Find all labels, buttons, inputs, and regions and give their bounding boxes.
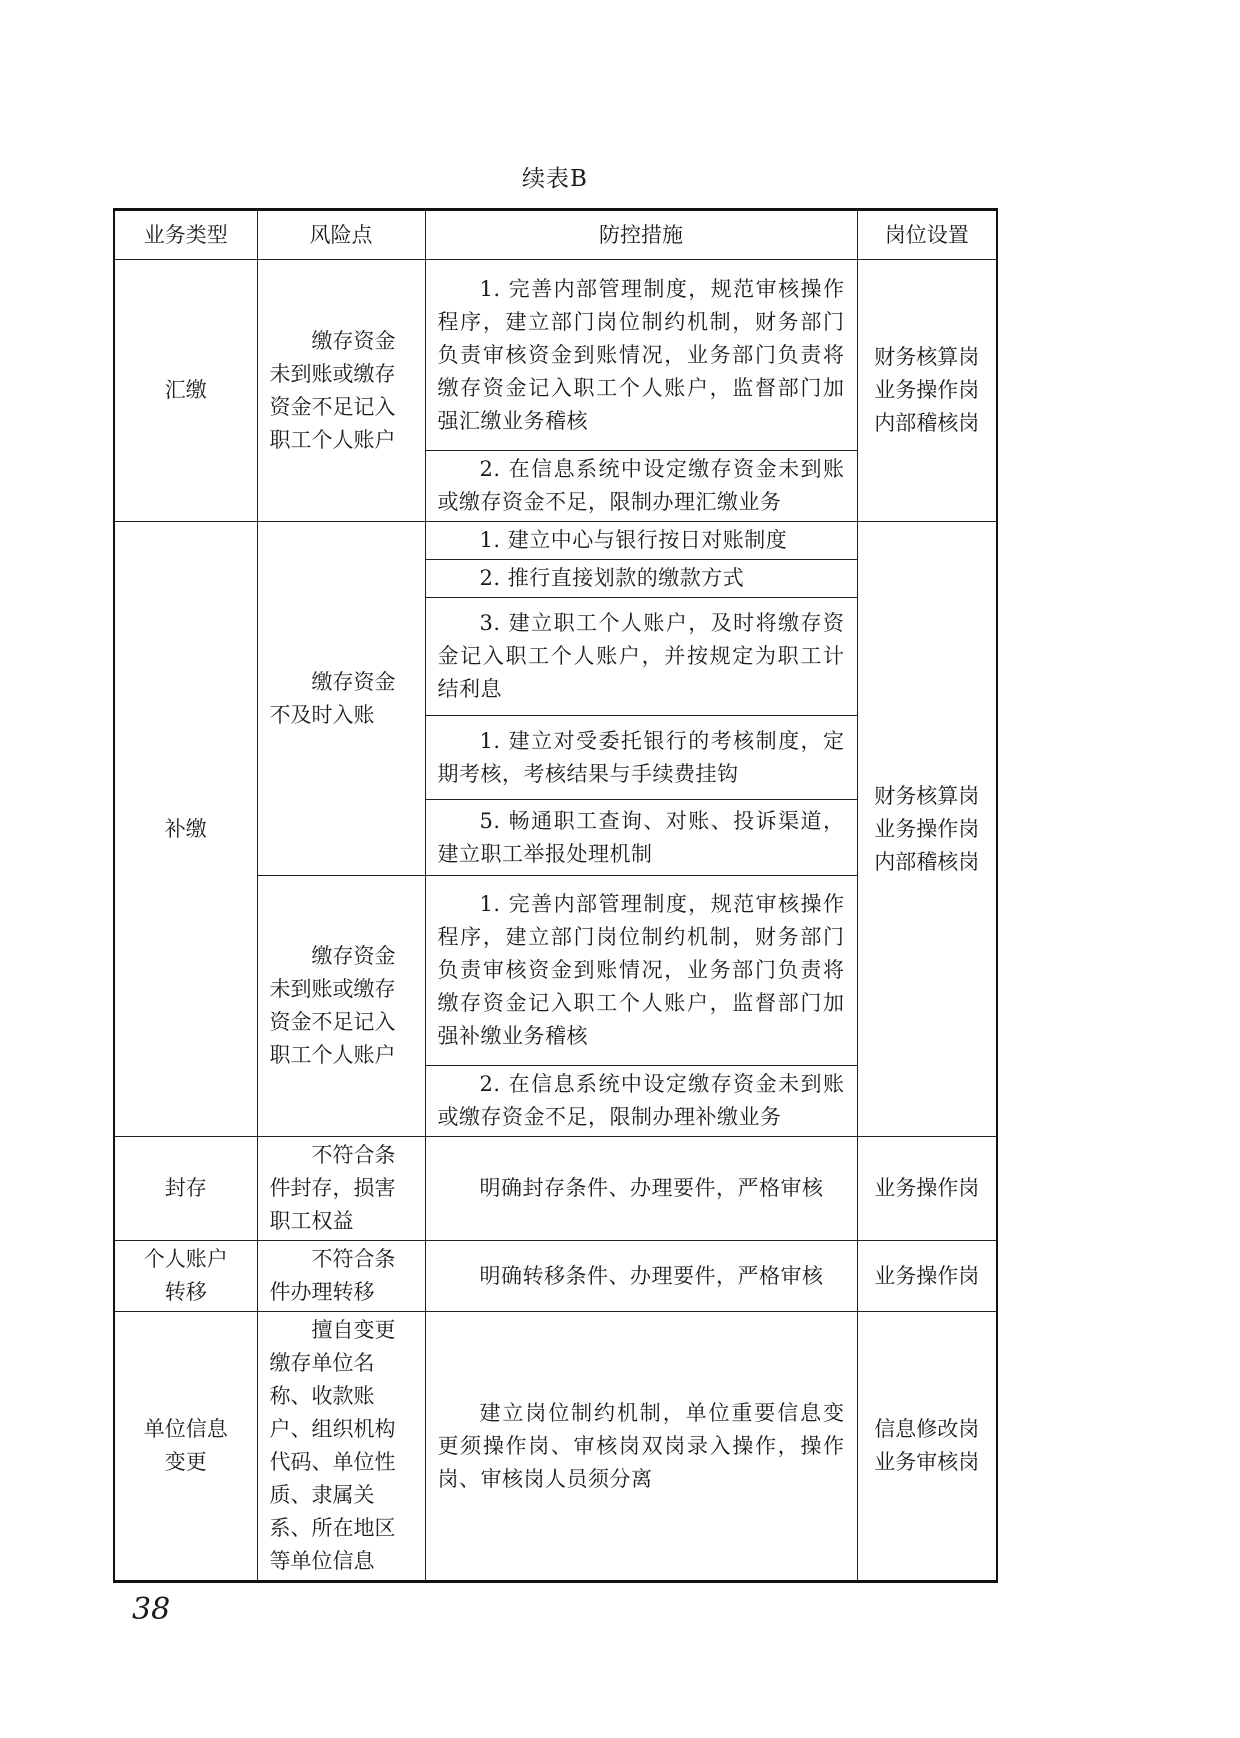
business-type-cell: 单位信息变更 [114, 1312, 257, 1582]
risk-text: 不符合条件封存，损害职工权益 [270, 1139, 413, 1238]
post-item: 财务核算岗 [870, 780, 985, 813]
risk-point-cell: 不符合条件封存，损害职工权益 [257, 1137, 425, 1241]
header-post-setting: 岗位设置 [857, 210, 997, 260]
post-cell: 业务操作岗 [857, 1137, 997, 1241]
measure-cell: 1. 完善内部管理制度，规范审核操作程序，建立部门岗位制约机制，财务部门负责审核… [425, 260, 857, 451]
measure-cell: 1. 建立对受委托银行的考核制度，定期考核，考核结果与手续费挂钩 [425, 716, 857, 800]
risk-point-cell: 擅自变更缴存单位名称、收款账户、组织机构代码、单位性质、隶属关系、所在地区等单位… [257, 1312, 425, 1582]
table-row: 补缴 缴存资金不及时入账 1. 建立中心与银行按日对账制度 财务核算岗 业务操作… [114, 522, 997, 560]
table-title: 续表B [0, 160, 1110, 193]
risk-point-cell: 缴存资金未到账或缴存资金不足记入职工个人账户 [257, 876, 425, 1137]
measure-cell: 5. 畅通职工查询、对账、投诉渠道，建立职工举报处理机制 [425, 800, 857, 876]
post-item: 内部稽核岗 [870, 407, 985, 440]
post-cell: 业务操作岗 [857, 1241, 997, 1312]
measure-cell: 1. 完善内部管理制度，规范审核操作程序，建立部门岗位制约机制，财务部门负责审核… [425, 876, 857, 1066]
header-control-measures: 防控措施 [425, 210, 857, 260]
post-cell: 财务核算岗 业务操作岗 内部稽核岗 [857, 260, 997, 522]
header-business-type: 业务类型 [114, 210, 257, 260]
business-type-cell: 补缴 [114, 522, 257, 1137]
risk-text: 缴存资金未到账或缴存资金不足记入职工个人账户 [270, 940, 413, 1072]
measure-cell: 建立岗位制约机制，单位重要信息变更须操作岗、审核岗双岗录入操作，操作岗、审核岗人… [425, 1312, 857, 1582]
risk-text: 不符合条件办理转移 [270, 1243, 413, 1309]
business-type-text: 单位信息变更 [144, 1413, 228, 1479]
business-type-cell: 汇缴 [114, 260, 257, 522]
post-cell: 财务核算岗 业务操作岗 内部稽核岗 [857, 522, 997, 1137]
post-item: 业务审核岗 [870, 1446, 985, 1479]
measure-cell: 明确封存条件、办理要件，严格审核 [425, 1137, 857, 1241]
post-item: 内部稽核岗 [870, 846, 985, 879]
table-row: 汇缴 缴存资金未到账或缴存资金不足记入职工个人账户 1. 完善内部管理制度，规范… [114, 260, 997, 451]
post-item: 业务操作岗 [870, 374, 985, 407]
measure-cell: 2. 在信息系统中设定缴存资金未到账或缴存资金不足，限制办理补缴业务 [425, 1066, 857, 1137]
table-row: 单位信息变更 擅自变更缴存单位名称、收款账户、组织机构代码、单位性质、隶属关系、… [114, 1312, 997, 1582]
risk-text: 缴存资金不及时入账 [270, 666, 413, 732]
measure-cell: 2. 在信息系统中设定缴存资金未到账或缴存资金不足，限制办理汇缴业务 [425, 451, 857, 522]
measure-cell: 2. 推行直接划款的缴款方式 [425, 560, 857, 598]
post-item: 财务核算岗 [870, 341, 985, 374]
business-type-cell: 封存 [114, 1137, 257, 1241]
post-item: 业务操作岗 [870, 1172, 985, 1205]
risk-point-cell: 缴存资金不及时入账 [257, 522, 425, 876]
table-row: 个人账户转移 不符合条件办理转移 明确转移条件、办理要件，严格审核 业务操作岗 [114, 1241, 997, 1312]
risk-text: 擅自变更缴存单位名称、收款账户、组织机构代码、单位性质、隶属关系、所在地区等单位… [270, 1314, 413, 1578]
risk-point-cell: 缴存资金未到账或缴存资金不足记入职工个人账户 [257, 260, 425, 522]
risk-control-table: 业务类型 风险点 防控措施 岗位设置 汇缴 缴存资金未到账或缴存资金不足记入职工… [113, 208, 998, 1583]
business-type-text: 个人账户转移 [144, 1243, 228, 1309]
post-item: 业务操作岗 [870, 813, 985, 846]
page-number: 38 [132, 1592, 170, 1627]
table-row: 封存 不符合条件封存，损害职工权益 明确封存条件、办理要件，严格审核 业务操作岗 [114, 1137, 997, 1241]
header-row: 业务类型 风险点 防控措施 岗位设置 [114, 210, 997, 260]
measure-cell: 明确转移条件、办理要件，严格审核 [425, 1241, 857, 1312]
header-risk-point: 风险点 [257, 210, 425, 260]
business-type-cell: 个人账户转移 [114, 1241, 257, 1312]
post-cell: 信息修改岗 业务审核岗 [857, 1312, 997, 1582]
post-item: 业务操作岗 [870, 1260, 985, 1293]
measure-cell: 1. 建立中心与银行按日对账制度 [425, 522, 857, 560]
risk-text: 缴存资金未到账或缴存资金不足记入职工个人账户 [270, 325, 413, 457]
risk-point-cell: 不符合条件办理转移 [257, 1241, 425, 1312]
measure-cell: 3. 建立职工个人账户，及时将缴存资金记入职工个人账户，并按规定为职工计结利息 [425, 598, 857, 716]
post-item: 信息修改岗 [870, 1413, 985, 1446]
